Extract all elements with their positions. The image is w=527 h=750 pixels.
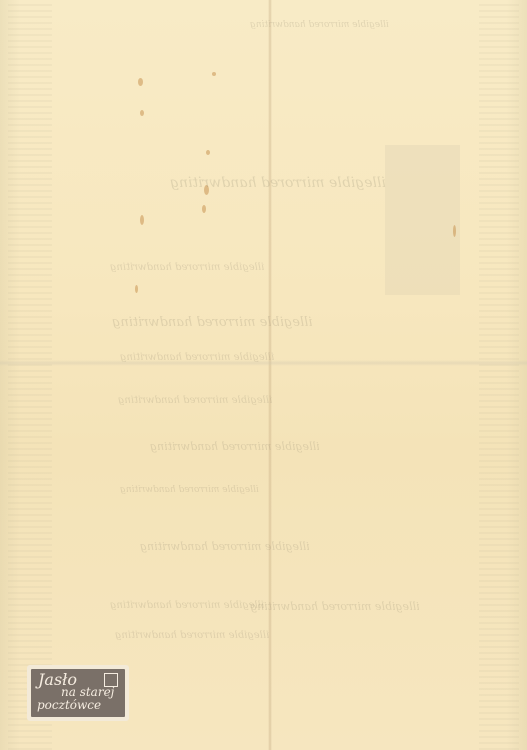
- ghost-text: illegible mirrored handwriting: [150, 440, 320, 453]
- right-margin-band: [479, 0, 519, 750]
- logo-line-2: na starej: [61, 685, 114, 699]
- bleed-through-stamp-area: [385, 145, 460, 295]
- ghost-text: illegible mirrored handwriting: [112, 315, 312, 330]
- ghost-text: illegible mirrored handwriting: [250, 20, 389, 30]
- stain: [140, 110, 144, 116]
- stain: [202, 205, 206, 213]
- stain: [135, 285, 138, 293]
- left-margin-band: [8, 0, 52, 750]
- logo-badge: Jasło na starej pocztówce: [31, 669, 125, 717]
- watermark-logo: Jasło na starej pocztówce: [27, 665, 129, 721]
- stain: [206, 150, 210, 155]
- ghost-text: illegible mirrored handwriting: [170, 175, 386, 191]
- postage-stamp-icon: [104, 673, 118, 687]
- ghost-text: illegible mirrored handwriting: [110, 600, 264, 611]
- paper-sheet: illegible mirrored handwriting illegible…: [0, 0, 527, 750]
- logo-line-3: pocztówce: [37, 698, 101, 712]
- stain: [138, 78, 143, 86]
- ghost-text: illegible mirrored handwriting: [140, 540, 310, 553]
- ghost-text: illegible mirrored handwriting: [120, 485, 259, 495]
- stain: [140, 215, 144, 225]
- stain: [212, 72, 216, 76]
- ghost-text: illegible mirrored handwriting: [118, 395, 272, 406]
- stain: [453, 225, 456, 237]
- ghost-text: illegible mirrored handwriting: [120, 352, 274, 363]
- ghost-text: illegible mirrored handwriting: [250, 600, 420, 613]
- ghost-text: illegible mirrored handwriting: [110, 262, 264, 273]
- ghost-text: illegible mirrored handwriting: [115, 630, 269, 641]
